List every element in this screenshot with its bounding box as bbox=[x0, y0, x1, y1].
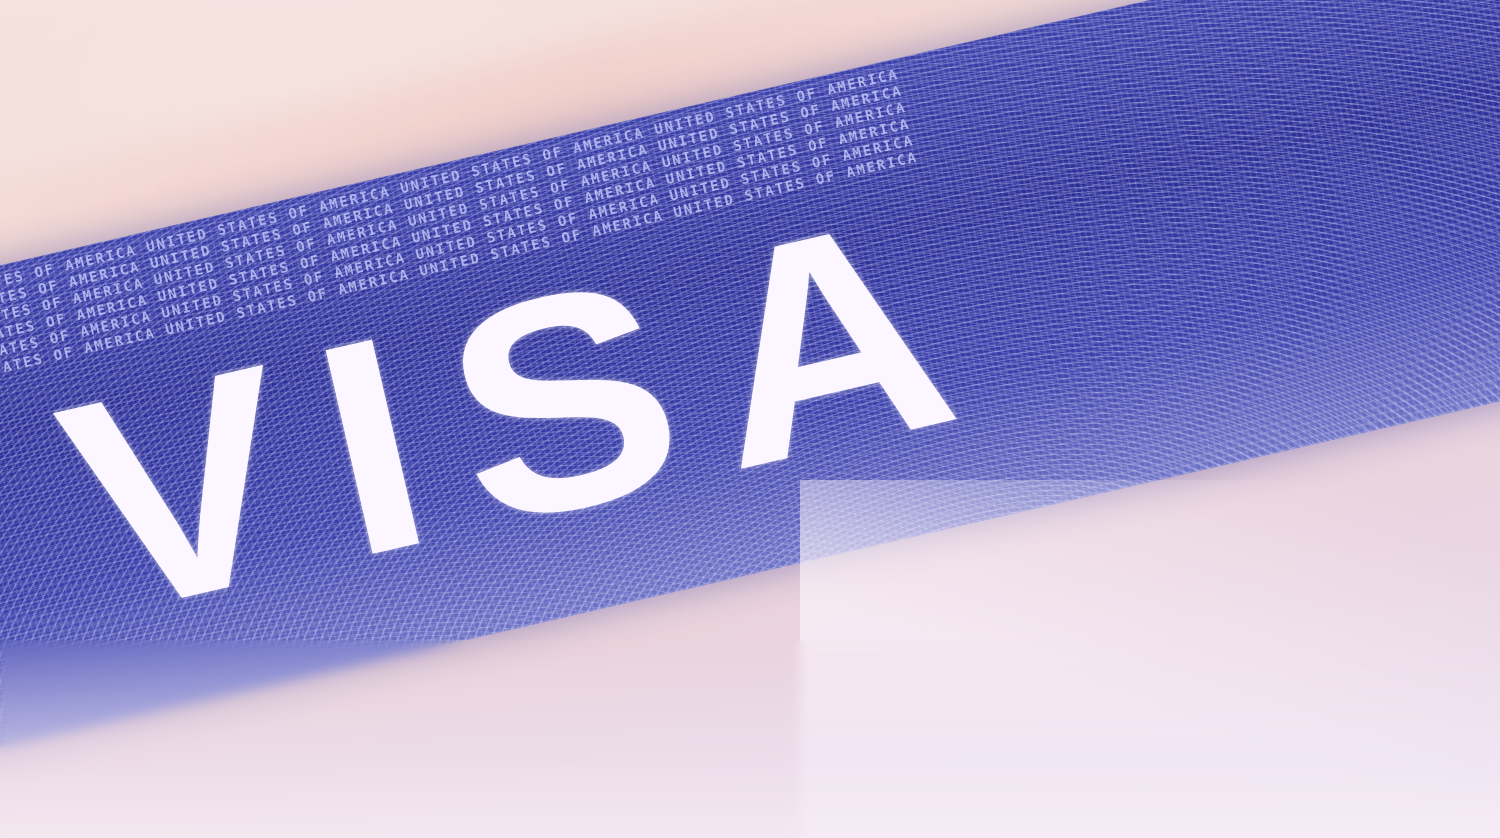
foreground-blur-bottom bbox=[0, 640, 1500, 838]
visa-photo: UNITED STATES OF AMERICA UNITED STATES O… bbox=[0, 0, 1500, 838]
